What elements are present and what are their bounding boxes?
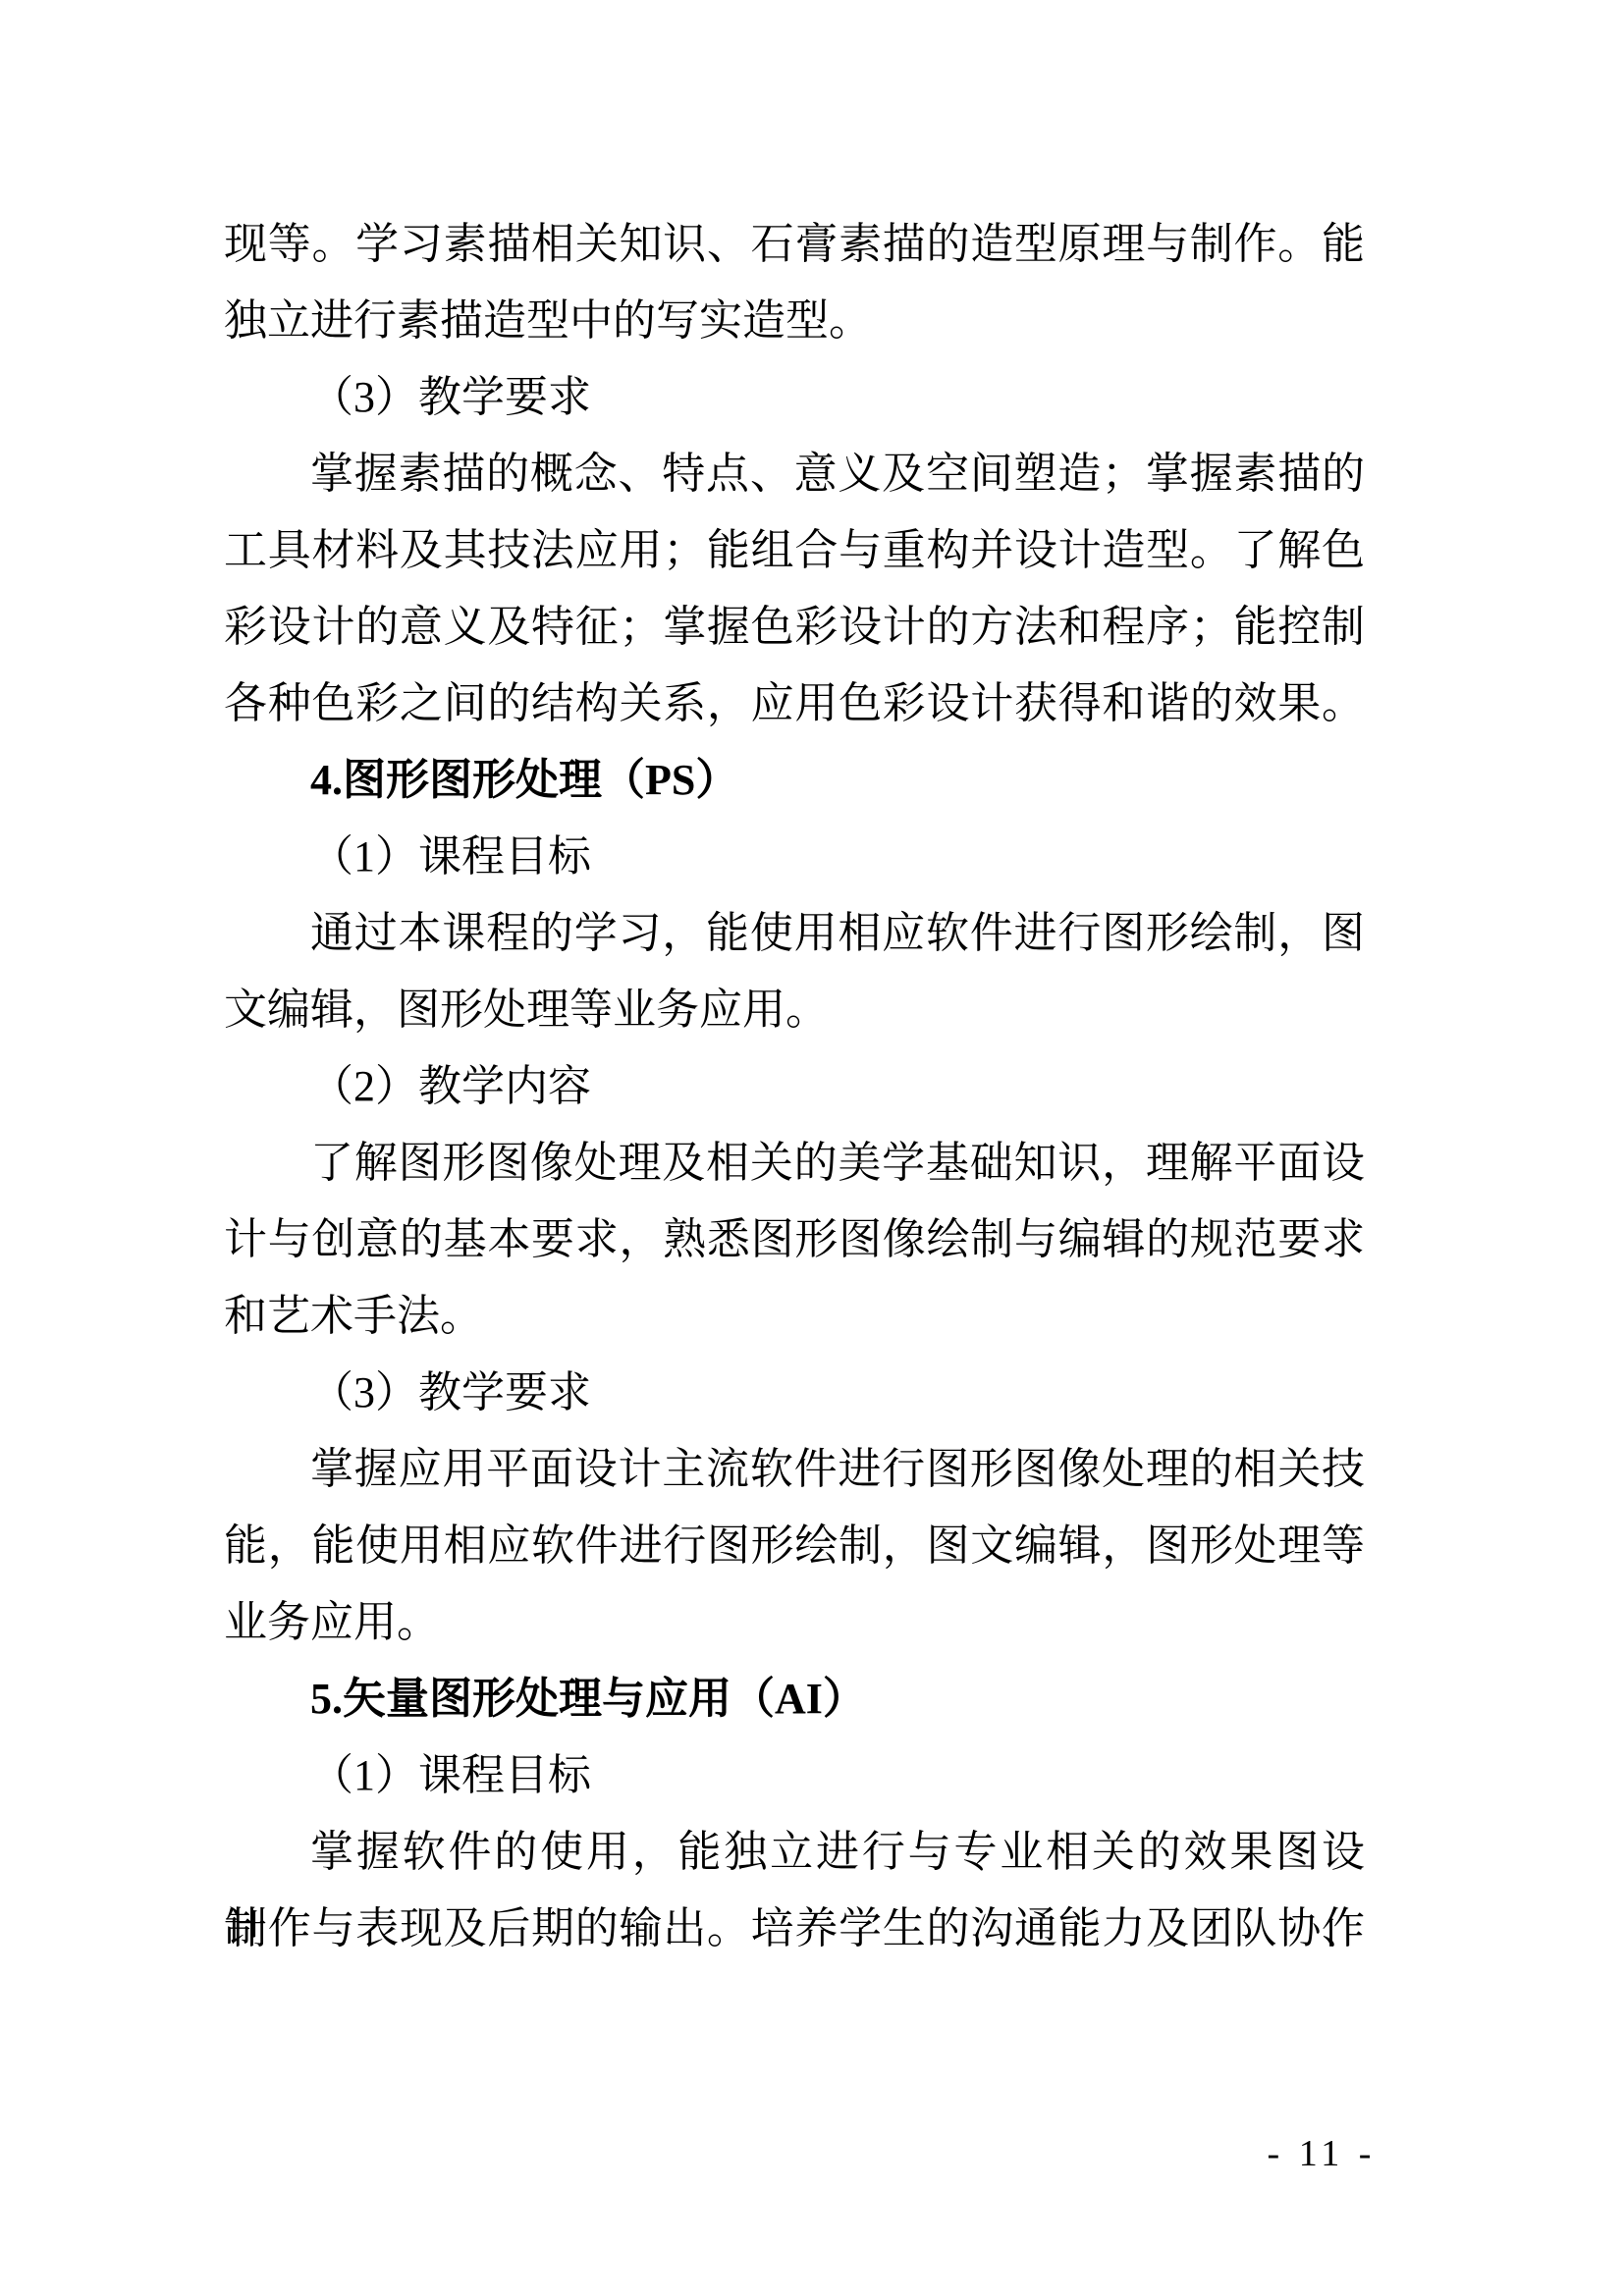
body-line: 制作与表现及后期的输出。培养学生的沟通能力及团队协作 [224,1891,1365,1967]
body-line: 彩设计的意义及特征；掌握色彩设计的方法和程序；能控制 [224,589,1365,666]
section-heading: 5.矢量图形处理与应用（AI） [224,1661,1365,1737]
body-line: 业务应用。 [224,1584,1365,1661]
body-line: 工具材料及其技法应用；能组合与重构并设计造型。了解色 [224,512,1365,589]
section-heading: 4.图形图形处理（PS） [224,742,1365,819]
body-line: 掌握应用平面设计主流软件进行图形图像处理的相关技 [224,1431,1365,1508]
body-line: 和艺术手法。 [224,1278,1365,1355]
body-line: 计与创意的基本要求，熟悉图形图像绘制与编辑的规范要求 [224,1201,1365,1278]
body-line: 各种色彩之间的结构关系，应用色彩设计获得和谐的效果。 [224,666,1365,742]
document-text-block: 现等。学习素描相关知识、石膏素描的造型原理与制作。能独立进行素描造型中的写实造型… [224,206,1365,1967]
body-line: 掌握软件的使用，能独立进行与专业相关的效果图设计、 [224,1814,1365,1891]
body-line: 掌握素描的概念、特点、意义及空间塑造；掌握素描的 [224,436,1365,512]
subsection-label: （1）课程目标 [224,819,1365,895]
subsection-label: （2）教学内容 [224,1048,1365,1125]
subsection-label: （3）教学要求 [224,1355,1365,1431]
subsection-label: （1）课程目标 [224,1737,1365,1814]
body-line: 能，能使用相应软件进行图形绘制，图文编辑，图形处理等 [224,1508,1365,1584]
body-line: 文编辑，图形处理等业务应用。 [224,972,1365,1048]
body-line: 现等。学习素描相关知识、石膏素描的造型原理与制作。能 [224,206,1365,283]
body-line: 独立进行素描造型中的写实造型。 [224,283,1365,359]
page-number: - 11 - [1208,2132,1435,2175]
body-line: 了解图形图像处理及相关的美学基础知识，理解平面设 [224,1125,1365,1201]
body-line: 通过本课程的学习，能使用相应软件进行图形绘制，图 [224,895,1365,972]
document-page: 现等。学习素描相关知识、石膏素描的造型原理与制作。能独立进行素描造型中的写实造型… [0,0,1624,2296]
subsection-label: （3）教学要求 [224,359,1365,436]
